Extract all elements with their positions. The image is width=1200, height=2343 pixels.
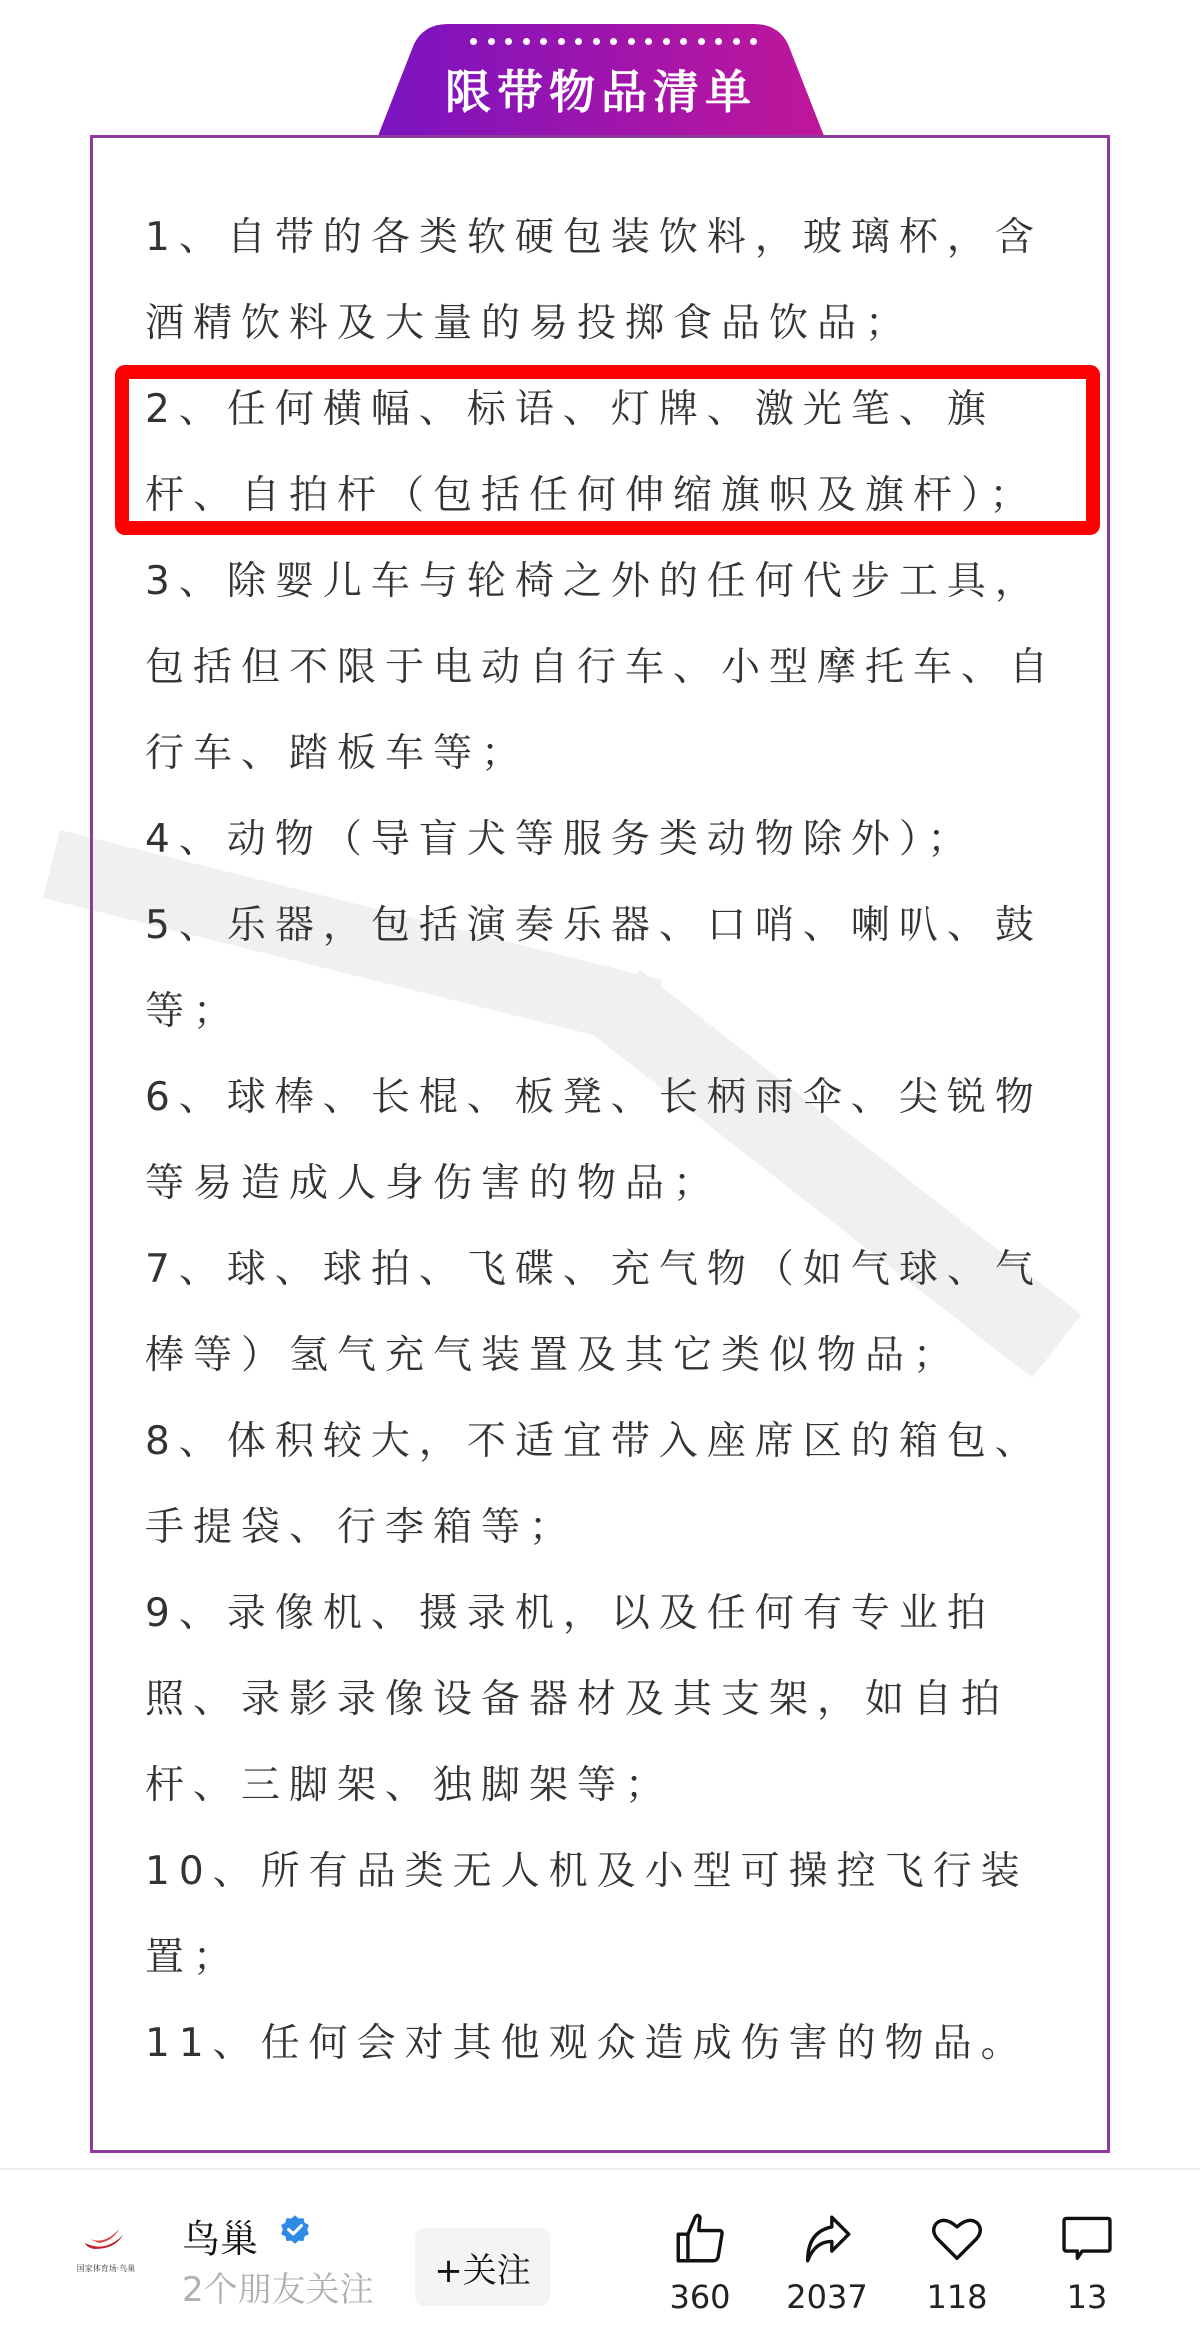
favorite-button[interactable]: 118 (902, 2210, 1012, 2316)
thumbs-up-icon (671, 2210, 729, 2268)
list-item: 11、任何会对其他观众造成伤害的物品。 (145, 2001, 1065, 2087)
logo-caption: 国家体育场·鸟巢 (61, 2263, 151, 2274)
red-highlight-box (115, 365, 1100, 535)
list-item: 3、除婴儿车与轮椅之外的任何代步工具，包括但不限于电动自行车、小型摩托车、自行车… (145, 539, 1065, 797)
share-button[interactable]: 2037 (772, 2210, 882, 2316)
avatar[interactable]: 国家体育场·鸟巢 (55, 2205, 155, 2305)
follow-button[interactable]: +关注 (415, 2228, 550, 2306)
share-arrow-icon (798, 2210, 856, 2268)
bottom-action-bar: 国家体育场·鸟巢 鸟巢 2个朋友关注 +关注 360 2037 118 13 (0, 2168, 1200, 2343)
favorite-count: 118 (902, 2278, 1012, 2316)
list-item: 4、动物（导盲犬等服务类动物除外）； (145, 797, 1065, 883)
account-name[interactable]: 鸟巢 (182, 2208, 258, 2263)
banner-title: 限带物品清单 (378, 56, 824, 122)
list-item: 5、乐器，包括演奏乐器、口哨、喇叭、鼓等； (145, 883, 1065, 1055)
like-button[interactable]: 360 (645, 2210, 755, 2316)
list-item: 10、所有品类无人机及小型可操控飞行装置； (145, 1829, 1065, 2001)
comment-count: 13 (1032, 2278, 1142, 2316)
birds-nest-logo-icon (55, 2205, 155, 2265)
friends-following-text: 2个朋友关注 (182, 2262, 374, 2311)
heart-icon (928, 2210, 986, 2268)
verified-badge-icon (278, 2214, 312, 2248)
list-item: 6、球棒、长棍、板凳、长柄雨伞、尖锐物等易造成人身伤害的物品； (145, 1055, 1065, 1227)
list-item: 1、自带的各类软硬包装饮料，玻璃杯，含酒精饮料及大量的易投掷食品饮品； (145, 195, 1065, 367)
list-item: 8、体积较大，不适宜带入座席区的箱包、手提袋、行李箱等； (145, 1399, 1065, 1571)
share-count: 2037 (772, 2278, 882, 2316)
comment-bubble-icon (1058, 2210, 1116, 2268)
comment-button[interactable]: 13 (1032, 2210, 1142, 2316)
list-item: 9、录像机、摄录机，以及任何有专业拍照、录影录像设备器材及其支架，如自拍杆、三脚… (145, 1571, 1065, 1829)
decorative-dots (470, 38, 770, 50)
title-banner: 限带物品清单 (378, 24, 824, 136)
list-item: 7、球、球拍、飞碟、充气物（如气球、气棒等）氢气充气装置及其它类似物品； (145, 1227, 1065, 1399)
like-count: 360 (645, 2278, 755, 2316)
